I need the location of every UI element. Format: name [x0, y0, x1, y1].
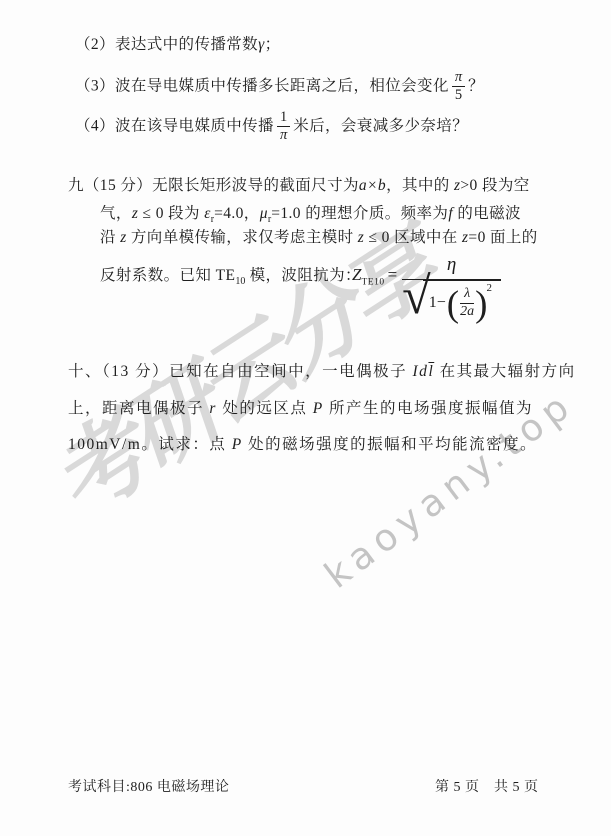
one-over-pi-fraction: 1π — [277, 110, 290, 143]
text-segment: ； — [265, 36, 281, 53]
exponent-2: 2 — [486, 282, 492, 294]
fraction-denominator: π — [277, 127, 290, 143]
text-segment: 在其最大辐射方向 — [434, 363, 575, 380]
fraction-numerator: λ — [460, 287, 474, 304]
text-segment: 的电磁波 — [453, 205, 521, 222]
pi-over-5-fraction: π5 — [452, 70, 465, 103]
lambda-over-2a-fraction: λ2a — [460, 287, 474, 319]
text-segment: =4.0， — [214, 205, 260, 222]
text-segment: ，其中的 — [386, 177, 454, 194]
text-segment: （3）波在导电媒质中传播多长距离之后，相位会变化 — [75, 77, 449, 94]
point-P-variable: P — [313, 400, 324, 417]
radicand-lead-term: 1− — [429, 294, 446, 312]
text-segment: 模，波阻抗为： — [245, 267, 361, 284]
text-segment: 九（15 分）无限长矩形波导的截面尺寸为 — [68, 177, 359, 194]
eta-symbol: η — [447, 254, 456, 275]
impedance-Z-subscript: TE10 — [361, 277, 384, 287]
text-segment: 反射系数。已知 TE — [100, 267, 235, 284]
te-mode-subscript: 10 — [235, 276, 245, 287]
exam-paper-page: 考研云分享 kaoyany.top （2）表达式中的传播常数γ； （3）波在导电… — [0, 0, 611, 836]
text-segment: =0 面上的 — [468, 229, 537, 246]
formula-lhs: ZTE10= — [352, 265, 402, 287]
text-segment: 十、（13 分）已知在自由空间中，一电偶极子 — [68, 363, 413, 380]
text-segment: 方向单模传输，求仅考虑主模时 — [127, 229, 358, 246]
radicand: 1− ( λ2a ) 2 — [423, 280, 501, 321]
text-segment: 上，距离电偶极子 — [68, 400, 209, 417]
text-segment: >0 段为空 — [460, 177, 529, 194]
point-P-variable: P — [232, 436, 243, 453]
text-segment: =1.0 的理想介质。频率为 — [271, 205, 448, 222]
text-segment: 沿 — [100, 229, 120, 246]
equals-sign: = — [388, 265, 398, 284]
fraction-numerator: 1 — [277, 110, 290, 127]
question-9-line-2: 气，z ≤ 0 段为 εr=4.0，μr=1.0 的理想介质。频率为f 的电磁波 — [100, 204, 521, 230]
text-segment: ≤ 0 段为 — [138, 205, 204, 222]
question-8-item-2: （2）表达式中的传播常数γ； — [75, 35, 280, 55]
fraction-denominator: 5 — [452, 87, 465, 103]
question-8-item-3: （3）波在导电媒质中传播多长距离之后，相位会变化π5？ — [75, 70, 484, 103]
text-segment: 处的磁场强度的振幅和平均能流密度。 — [243, 436, 537, 453]
question-8-item-4: （4）波在该导电媒质中传播1π米后，会衰减多少奈培？ — [75, 110, 468, 143]
impedance-fraction: η √ 1− ( λ2a ) 2 — [402, 254, 501, 323]
text-segment: （2）表达式中的传播常数 — [75, 36, 258, 53]
text-segment: ？ — [468, 77, 484, 94]
footer-page-number: 第 5 页 共 5 页 — [435, 776, 539, 796]
question-10-line-1: 十、（13 分）已知在自由空间中，一电偶极子 Idl 在其最大辐射方向 — [68, 362, 576, 382]
text-segment: 100mV/m。试求：点 — [68, 436, 232, 453]
dipole-Id-symbol: Id — [413, 363, 429, 380]
text-segment: ≤ 0 区域中在 — [364, 229, 462, 246]
dimension-a-x-b: a×b — [359, 177, 386, 194]
text-segment: 所产生的电场强度振幅值为 — [324, 400, 533, 417]
text-segment: 气， — [100, 205, 132, 222]
fraction-denominator: √ 1− ( λ2a ) 2 — [402, 280, 501, 323]
question-9-line-1: 九（15 分）无限长矩形波导的截面尺寸为a×b，其中的 z>0 段为空 — [68, 176, 530, 196]
mu-symbol: μ — [260, 205, 268, 222]
question-9-line-3: 沿 z 方向单模传输，求仅考虑主模时 z ≤ 0 区域中在 z=0 面上的 — [100, 228, 538, 248]
text-segment: 处的远区点 — [217, 400, 313, 417]
fraction-numerator: π — [452, 70, 465, 87]
r-variable: r — [209, 400, 217, 417]
text-segment: （4）波在该导电媒质中传播 — [75, 117, 274, 134]
te10-impedance-formula: ZTE10= η √ 1− ( λ2a ) 2 — [352, 254, 501, 323]
text-segment: 米后，会衰减多少奈培？ — [293, 117, 468, 134]
fraction-denominator: 2a — [460, 304, 474, 320]
question-10-line-2: 上，距离电偶极子 r 处的远区点 P 所产生的电场强度振幅值为 — [68, 399, 533, 419]
question-10-line-3: 100mV/m。试求：点 P 处的磁场强度的振幅和平均能流密度。 — [68, 435, 537, 455]
question-9-line-4: 反射系数。已知 TE10 模，波阻抗为： — [100, 266, 361, 292]
footer-exam-subject: 考试科目:806 电磁场理论 — [68, 776, 229, 796]
